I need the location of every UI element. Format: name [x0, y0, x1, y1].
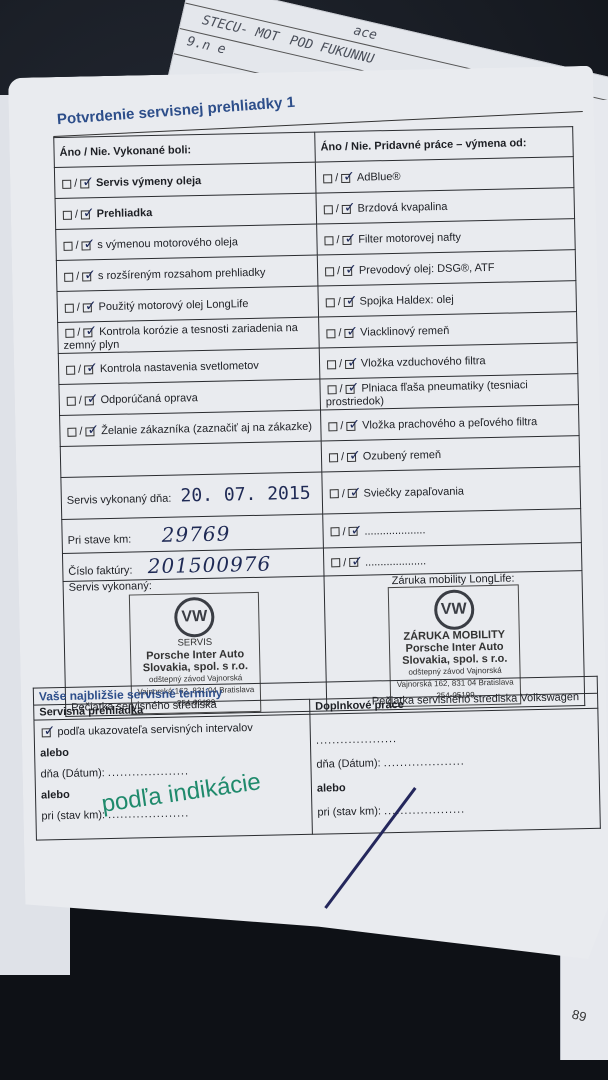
checkmark-icon: ✓ — [349, 448, 361, 464]
date-label: dňa (Dátum): — [316, 757, 380, 770]
separator: / — [337, 265, 340, 277]
km-value: 29769 — [161, 521, 230, 546]
separator: / — [340, 420, 343, 432]
right-item-10: /✓Sviečky zapaľovania — [322, 467, 581, 514]
item-label: Použitý motorový olej LongLife — [98, 298, 248, 313]
service-date-value: 20. 07. 2015 — [180, 483, 310, 507]
separator: / — [339, 383, 342, 395]
separator: / — [335, 172, 338, 184]
item-label: s rozšíreným rozsahom prehliadky — [98, 267, 266, 283]
item-label: Prehliadka — [97, 207, 153, 220]
item-label: .................... — [365, 555, 426, 568]
separator: / — [342, 488, 345, 500]
item-label: Brzdová kvapalina — [357, 201, 447, 215]
right-item-11: /✓.................... — [323, 509, 582, 548]
yes-checkbox[interactable] — [324, 236, 333, 245]
date-field[interactable]: .................... — [108, 765, 189, 779]
yes-checkbox[interactable] — [326, 298, 335, 307]
item-label: Prevodový olej: DSG®, ATF — [359, 262, 495, 277]
service-date-cell: Servis vykonaný dňa: 20. 07. 2015 — [61, 472, 323, 519]
yes-checkbox[interactable] — [331, 558, 340, 567]
separator: / — [75, 240, 78, 252]
checkmark-icon: ✓ — [85, 323, 97, 339]
date-label: dňa (Dátum): — [40, 767, 104, 780]
item-label: AdBlue® — [357, 171, 401, 184]
separator: / — [74, 178, 77, 190]
service-confirmation-table: Áno / Nie. Vykonané boli: Áno / Nie. Pri… — [53, 126, 585, 717]
checkmark-icon: ✓ — [345, 262, 357, 278]
item-label: Želanie zákazníka (zaznačiť aj na zákazk… — [101, 421, 312, 437]
separator: / — [77, 327, 80, 339]
page-title: Potvrdenie servisnej prehliadky 1 — [56, 94, 295, 128]
invoice-label: Číslo faktúry: — [68, 564, 132, 577]
checkmark-icon: ✓ — [344, 231, 356, 247]
item-label: s výmenou motorového oleja — [97, 236, 238, 251]
separator: / — [336, 234, 339, 246]
checkmark-icon: ✓ — [83, 205, 95, 221]
checkmark-icon: ✓ — [86, 360, 98, 376]
date-field[interactable]: .................... — [384, 756, 465, 770]
invoice-value: 201500976 — [147, 551, 271, 578]
yes-checkbox[interactable] — [323, 174, 332, 183]
item-label: Odporúčaná oprava — [100, 392, 197, 406]
yes-checkbox[interactable] — [326, 329, 335, 338]
separator: / — [79, 426, 82, 438]
item-label: Ozubený remeň — [363, 449, 441, 463]
separator: / — [77, 302, 80, 314]
checkmark-icon: ✓ — [350, 484, 362, 500]
checkmark-icon: ✓ — [347, 355, 359, 371]
checkmark-icon: ✓ — [85, 298, 97, 314]
separator: / — [343, 557, 346, 569]
inspection-cell: ✓podľa ukazovateľa servisných intervalov… — [34, 714, 312, 840]
separator: / — [341, 451, 344, 463]
yes-checkbox[interactable] — [330, 489, 339, 498]
checkmark-icon: ✓ — [87, 422, 99, 438]
indicator-option: podľa ukazovateľa servisných intervalov — [57, 722, 253, 738]
yes-checkbox[interactable] — [327, 385, 336, 394]
yes-checkbox[interactable] — [67, 396, 76, 405]
yes-checkbox[interactable] — [62, 179, 71, 188]
item-label: Spojka Haldex: olej — [359, 294, 453, 308]
checkmark-icon: ✓ — [87, 391, 99, 407]
yes-checkbox[interactable] — [67, 427, 76, 436]
separator: / — [336, 203, 339, 215]
yes-checkbox[interactable] — [66, 365, 75, 374]
km-label: pri (stav km): — [317, 805, 381, 818]
separator: / — [342, 526, 345, 538]
item-label: Sviečky zapaľovania — [363, 485, 464, 499]
checkmark-icon: ✓ — [344, 200, 356, 216]
separator: / — [79, 395, 82, 407]
extra-work-cell: .................... dňa (Dátum): ......… — [310, 708, 600, 834]
item-label: .................... — [364, 524, 425, 537]
vw-logo-icon: VW — [174, 597, 215, 638]
km-cell: Pri stave km: 29769 — [62, 514, 324, 553]
checkmark-icon: ✓ — [83, 236, 95, 252]
checkmark-icon: ✓ — [82, 174, 94, 190]
checkmark-icon: ✓ — [44, 723, 56, 739]
yes-checkbox[interactable] — [65, 303, 74, 312]
checkmark-icon: ✓ — [351, 553, 363, 569]
yes-checkbox[interactable] — [63, 241, 72, 250]
yes-checkbox[interactable] — [65, 328, 74, 337]
yes-checkbox[interactable] — [328, 422, 337, 431]
separator: / — [78, 364, 81, 376]
yes-checkbox[interactable] — [329, 453, 338, 462]
item-label: Servis výmeny oleja — [96, 175, 201, 189]
yes-checkbox[interactable] — [330, 527, 339, 536]
item-label: Vložka vzduchového filtra — [361, 355, 486, 370]
item-label: Filter motorovej nafty — [358, 232, 461, 246]
yes-checkbox[interactable] — [63, 210, 72, 219]
km-label: Pri stave km: — [68, 533, 132, 546]
item-label: Vložka prachového a peľového filtra — [362, 416, 537, 432]
checkmark-icon: ✓ — [346, 293, 358, 309]
item-label: Kontrola korózie a tesnosti zariadenia n… — [63, 322, 297, 352]
km-label: pri (stav km): — [41, 809, 105, 822]
service-date-label: Servis vykonaný dňa: — [67, 493, 172, 507]
yes-checkbox[interactable] — [325, 267, 334, 276]
checkmark-icon: ✓ — [348, 417, 360, 433]
checkmark-icon: ✓ — [346, 324, 358, 340]
handwriting: ace — [352, 23, 378, 43]
item-label: Kontrola nastavenia svetlometov — [100, 360, 259, 375]
checkmark-icon: ✓ — [84, 267, 96, 283]
vw-logo-icon: VW — [433, 589, 474, 630]
checkmark-icon: ✓ — [343, 169, 355, 185]
item-label: Viacklinový remeň — [360, 325, 449, 339]
separator: / — [75, 209, 78, 221]
checkmark-icon: ✓ — [350, 522, 362, 538]
separator: / — [76, 271, 79, 283]
yes-checkbox[interactable] — [324, 205, 333, 214]
separator: / — [338, 296, 341, 308]
booklet-page: Potvrdenie servisnej prehliadky 1 Áno / … — [8, 66, 608, 1028]
yes-checkbox[interactable] — [327, 360, 336, 369]
yes-checkbox[interactable] — [64, 272, 73, 281]
checkmark-icon: ✓ — [347, 380, 359, 396]
separator: / — [338, 327, 341, 339]
separator: / — [339, 358, 342, 370]
